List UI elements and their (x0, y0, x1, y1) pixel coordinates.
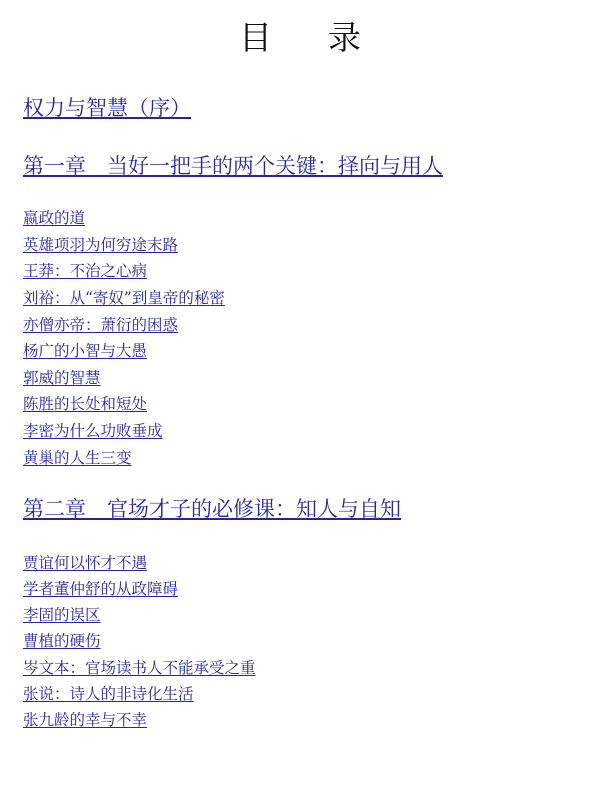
toc-link-ch1-item-10[interactable]: 黄巢的人生三变 (23, 448, 132, 468)
toc-link-ch2-item-2[interactable]: 学者董仲舒的从政障碍 (23, 579, 178, 599)
title-char-1: 目 (239, 18, 272, 57)
toc-link-ch1-item-3[interactable]: 王莽：不治之心病 (23, 261, 147, 281)
toc-link-ch1-item-1[interactable]: 嬴政的道 (23, 208, 85, 228)
title-char-2: 录 (328, 18, 361, 57)
toc-link-ch1-item-4[interactable]: 刘裕：从“寄奴”到皇帝的秘密 (23, 288, 225, 308)
toc-link-ch2-item-5[interactable]: 岑文本：官场读书人不能承受之重 (23, 658, 256, 678)
toc-link-ch1-item-8[interactable]: 陈胜的长处和短处 (23, 394, 147, 414)
toc-link-ch1-item-2[interactable]: 英雄项羽为何穷途末路 (23, 235, 178, 255)
toc-link-chapter-2[interactable]: 第二章 官场才子的必修课：知人与自知 (23, 495, 401, 523)
toc-link-ch1-item-6[interactable]: 杨广的小智与大愚 (23, 341, 147, 361)
toc-link-ch2-item-7[interactable]: 张九龄的幸与不幸 (23, 710, 147, 730)
toc-link-preface[interactable]: 权力与智慧（序） (23, 94, 191, 122)
toc-link-chapter-1[interactable]: 第一章 当好一把手的两个关键：择向与用人 (23, 152, 443, 180)
toc-link-ch1-item-7[interactable]: 郭威的智慧 (23, 368, 101, 388)
toc-link-ch1-item-9[interactable]: 李密为什么功败垂成 (23, 421, 163, 441)
page-title: 目录 (0, 14, 600, 62)
toc-link-ch2-item-6[interactable]: 张说：诗人的非诗化生活 (23, 684, 194, 704)
toc-link-ch2-item-3[interactable]: 李固的误区 (23, 605, 101, 625)
toc-link-ch2-item-4[interactable]: 曹植的硬伤 (23, 631, 101, 651)
toc-link-ch1-item-5[interactable]: 亦僧亦帝：萧衍的困惑 (23, 315, 178, 335)
toc-link-ch2-item-1[interactable]: 贾谊何以怀才不遇 (23, 553, 147, 573)
